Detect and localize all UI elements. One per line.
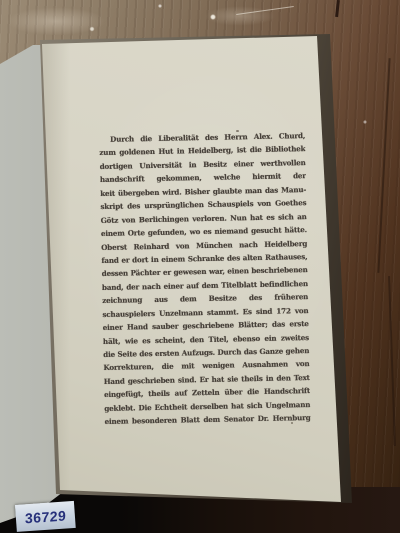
inventory-label: 36729: [15, 501, 76, 532]
book-photo-scene: Durch die Liberalität des Herrn Alex. Ch…: [0, 0, 400, 533]
inventory-number: 36729: [25, 507, 66, 526]
text-block: Durch die Liberalität des Herrn Alex. Ch…: [99, 129, 311, 429]
